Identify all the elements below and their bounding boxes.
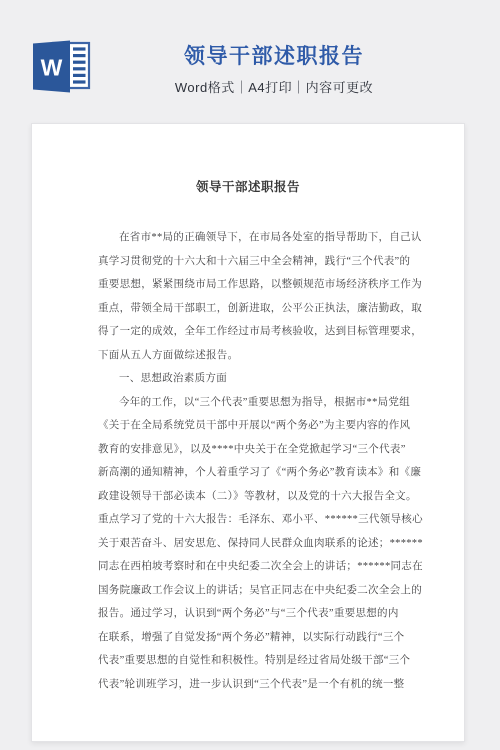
document-text-line: 真学习贯彻党的十六大和十六届三中全会精神，践行“三个代表”的: [98, 250, 464, 274]
document-text-line: 报告。通过学习，认识到“两个务必”与“三个代表”重要思想的内: [98, 602, 464, 626]
document-text-line: 代表”轮训班学习，进一步认识到“三个代表”是一个有机的统一整: [98, 673, 464, 697]
document-text-line: 政建设领导干部必读本（二）》等教材，以及党的十六大报告全文。: [98, 485, 464, 509]
document-section-heading: 一、思想政治素质方面: [98, 367, 464, 391]
document-text-line: 国务院廉政工作会议上的讲话；吴官正同志在中央纪委二次全会上的: [98, 579, 464, 603]
page-subtitle: Word格式｜A4打印｜内容可更改: [48, 79, 500, 96]
document-text-line: 今年的工作，以“三个代表”重要思想为指导，根据市**局党组: [98, 391, 464, 415]
page-title: 领导干部述职报告: [48, 44, 500, 70]
document-text-line: 重点学习了党的十六大报告：毛泽东、邓小平、******三代领导核心: [98, 508, 464, 532]
document-text-line: 《关于在全局系统党员干部中开展以“两个务必”为主要内容的作风: [98, 414, 464, 438]
document-text-line: 新高潮的通知精神，个人着重学习了《“两个务必”教育读本》和《廉: [98, 461, 464, 485]
document-text-line: 关于艰苦奋斗、居安思危、保持同人民群众血肉联系的论述；******: [98, 532, 464, 556]
document-title: 领导干部述职报告: [32, 124, 464, 195]
template-preview-page: W 领导干部述职报告 Word格式｜A4打印｜内容可更改 领导干部述职报告 在省…: [0, 0, 500, 750]
document-text-line: 教育的安排意见》，以及****中央关于在全党掀起学习“三个代表”: [98, 438, 464, 462]
document-text-line: 重点，带领全局干部职工，创新进取，公平公正执法，廉洁勤政，取: [98, 297, 464, 321]
document-text-line: 同志在西柏坡考察时和在中央纪委二次全会上的讲话；******同志在: [98, 555, 464, 579]
document-text-line: 重要思想，紧紧围绕市局工作思路，以整顿规范市场经济秩序工作为: [98, 273, 464, 297]
document-text-line: 下面从五人方面做综述报告。: [98, 344, 464, 368]
document-body: 在省市**局的正确领导下，在市局各处室的指导帮助下，自己认真学习贯彻党的十六大和…: [32, 226, 464, 696]
document-text-line: 得了一定的成效，全年工作经过市局考核验收，达到目标管理要求，: [98, 320, 464, 344]
header-titles: 领导干部述职报告 Word格式｜A4打印｜内容可更改: [48, 44, 500, 96]
document-text-line: 在省市**局的正确领导下，在市局各处室的指导帮助下，自己认: [98, 226, 464, 250]
document-text-line: 在联系，增强了自觉发扬“两个务必”精神，以实际行动践行“三个: [98, 626, 464, 650]
document-page-preview: 领导干部述职报告 在省市**局的正确领导下，在市局各处室的指导帮助下，自己认真学…: [31, 123, 465, 742]
document-text-line: 代表”重要思想的自觉性和积极性。特别是经过省局处级干部“三个: [98, 649, 464, 673]
